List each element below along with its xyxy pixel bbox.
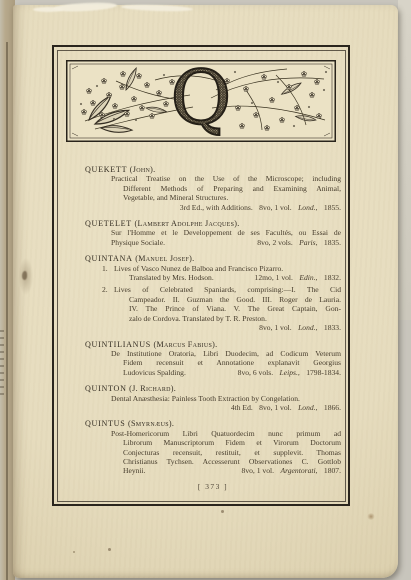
imprint-format: 8vo, 6 vols. [238, 368, 273, 377]
imprint-format: 8vo, 2 vols. [257, 238, 292, 247]
imprint-tail: Heynii. [123, 466, 146, 475]
entry-line-text: Lives of Vasco Nunez de Balboa and Franc… [114, 264, 283, 273]
entry-author-forenames: (Marcus Fabius). [153, 340, 217, 349]
entry-author-name: QUINTON [85, 384, 127, 393]
entry-heading: QUETELET (Lambert Adolphe Jacques). [85, 219, 341, 228]
imprint-place: Lond., [298, 323, 317, 332]
deckle-edge [53, 1, 117, 12]
imprint-line: 4th Ed. 8vo, 1 vol. Lond., 1866. [111, 403, 341, 412]
print-through-rule [6, 42, 8, 580]
entry-line: Conjecturas recensuit, restituit, et sup… [123, 448, 341, 457]
entry-line: Practical Treatise on the Use of the Mic… [111, 174, 341, 183]
imprint: 12mo, 1 vol. Edin., 1832. [250, 273, 341, 282]
scanned-book-photo: Q QUEKETT (John). Practical Treatise on … [0, 0, 411, 580]
imprint-place: Leips., [280, 368, 300, 377]
entry-author-forenames: (J. Richard). [129, 384, 176, 393]
imprint-year: 1807. [324, 466, 341, 475]
foxing-spot [108, 548, 111, 551]
catalog-text-block: QUEKETT (John). Practical Treatise on th… [85, 165, 341, 499]
entry-line: 2.Lives of Celebrated Spaniards, compris… [102, 285, 341, 294]
entry-line: Different Methods of Preparing and Exami… [123, 184, 341, 193]
entry-line: Librorum Manuscriptorum Fidem et Virorum… [123, 438, 341, 447]
imprint: 8vo, 1 vol. Lond., 1833. [255, 323, 341, 332]
entry-line: Fidem recensuit et Annotatione explanavi… [123, 358, 341, 367]
entry-heading: QUINTON (J. Richard). [85, 384, 341, 393]
catalog-entry: QUEKETT (John). Practical Treatise on th… [85, 165, 341, 212]
imprint: 8vo, 1 vol. Argentorati, 1807. [237, 466, 341, 475]
imprint-line: 3rd Ed., with Additions. 8vo, 1 vol. Lon… [111, 203, 341, 212]
imprint-year: 1866. [324, 403, 341, 412]
imprint-edition: 4th Ed. [231, 403, 253, 412]
item-number: 2. [102, 285, 114, 294]
imprint-place: Lond., [298, 403, 317, 412]
entry-author-name: QUETELET [85, 219, 132, 228]
foxing-spot [73, 551, 75, 553]
entry-line-text: Lives of Celebrated Spaniards, comprisin… [114, 285, 341, 294]
imprint-tail: Translated by Mrs. Hodson. [129, 273, 214, 282]
imprint-line: 8vo, 1 vol. Lond., 1833. [129, 323, 341, 332]
imprint-format: 8vo, 1 vol. [259, 203, 292, 212]
drop-cap-q: Q [171, 60, 232, 142]
entry-author-forenames: (Manuel Josef). [135, 254, 194, 263]
imprint-year: 1798-1834. [306, 368, 341, 377]
catalog-entry: QUINTON (J. Richard). Dental Anæsthesia:… [85, 384, 341, 412]
page-crease [17, 253, 37, 305]
imprint-tail: Ludovicus Spalding. [123, 368, 186, 377]
imprint-format: 12mo, 1 vol. [255, 273, 293, 282]
imprint: 4th Ed. 8vo, 1 vol. Lond., 1866. [231, 403, 341, 412]
entry-sub-item: 1.Lives of Vasco Nunez de Balboa and Fra… [85, 264, 341, 283]
entry-line: Christianus Tychsen. Accesserunt Observa… [123, 457, 341, 466]
catalog-entry: QUINTUS (Smyrnæus). Post-Homericorum Lib… [85, 419, 341, 475]
imprint-year: 1835. [324, 238, 341, 247]
imprint-format: 8vo, 1 vol. [259, 403, 292, 412]
deckle-edge [121, 4, 193, 13]
print-through-text [0, 330, 4, 396]
entry-heading: QUINTUS (Smyrnæus). [85, 419, 341, 428]
entry-line: Campeador. II. Guzman the Good. III. Rog… [129, 295, 341, 304]
imprint-year: 1832. [324, 273, 341, 282]
imprint-line: Translated by Mrs. Hodson. 12mo, 1 vol. … [129, 273, 341, 282]
entry-heading: QUINTANA (Manuel Josef). [85, 254, 341, 263]
deckle-edge [33, 7, 63, 12]
entry-line: zalo de Cordova. Translated by T. R. Pre… [129, 314, 341, 323]
foxing-spot [221, 510, 224, 513]
entry-line: Dental Anæsthesia: Painless Tooth Extrac… [111, 394, 341, 403]
catalog-entry: QUINTANA (Manuel Josef). 1.Lives of Vasc… [85, 254, 341, 332]
imprint-tail: Physique Sociale. [111, 238, 165, 247]
page-crease [22, 271, 27, 280]
imprint: 8vo, 2 vols. Paris, 1835. [253, 238, 341, 247]
imprint: 8vo, 6 vols. Leips., 1798-1834. [233, 368, 341, 377]
entry-author-name: QUINTUS [85, 419, 125, 428]
foxing-spot [367, 513, 375, 520]
entry-author-forenames: (Smyrnæus). [128, 419, 174, 428]
entry-author-name: QUINTANA [85, 254, 133, 263]
item-number: 1. [102, 264, 114, 273]
entry-heading: QUEKETT (John). [85, 165, 341, 174]
entry-line: 1.Lives of Vasco Nunez de Balboa and Fra… [102, 264, 341, 273]
imprint-year: 1855. [324, 203, 341, 212]
imprint-format: 8vo, 1 vol. [259, 323, 292, 332]
entry-heading: QUINTILIANUS (Marcus Fabius). [85, 340, 341, 349]
page-number: [ 373 ] [85, 482, 341, 491]
entry-author-name: QUINTILIANUS [85, 340, 151, 349]
imprint-place: Edin., [299, 273, 317, 282]
entry-author-forenames: (Lambert Adolphe Jacques). [135, 219, 240, 228]
entry-line: IV. The Prince of Viana. V. The Great Ca… [129, 304, 341, 313]
imprint-format: 8vo, 1 vol. [242, 466, 275, 475]
book-page: Q QUEKETT (John). Practical Treatise on … [13, 5, 398, 578]
catalog-entry: QUETELET (Lambert Adolphe Jacques). Sur … [85, 219, 341, 247]
entry-line: Vegetable, and Mineral Structures. [123, 193, 341, 202]
entry-author-name: QUEKETT [85, 165, 127, 174]
entry-line: Post-Homericorum Libri Quatuordecim nunc… [111, 429, 341, 438]
entry-line: Sur l'Homme et le Developpement de ses F… [111, 228, 341, 237]
backing-surface [398, 0, 411, 320]
imprint-place: Paris, [299, 238, 317, 247]
entry-sub-item: 2.Lives of Celebrated Spaniards, compris… [85, 285, 341, 332]
imprint-line: Heynii. 8vo, 1 vol. Argentorati, 1807. [123, 466, 341, 475]
imprint-place: Argentorati, [280, 466, 317, 475]
entry-author-forenames: (John). [130, 165, 156, 174]
ornamental-headpiece: Q [66, 60, 336, 142]
imprint-year: 1833. [324, 323, 341, 332]
border-frame: Q QUEKETT (John). Practical Treatise on … [52, 45, 350, 506]
catalog-entry: QUINTILIANUS (Marcus Fabius). De Institu… [85, 340, 341, 378]
imprint-line: Ludovicus Spalding. 8vo, 6 vols. Leips.,… [123, 368, 341, 377]
imprint-edition: 3rd Ed., with Additions. [180, 203, 253, 212]
imprint: 3rd Ed., with Additions. 8vo, 1 vol. Lon… [180, 203, 341, 212]
entry-line: De Institutione Oratoria, Libri Duodecim… [111, 349, 341, 358]
imprint-place: Lond., [298, 203, 317, 212]
imprint-line: Physique Sociale. 8vo, 2 vols. Paris, 18… [111, 238, 341, 247]
